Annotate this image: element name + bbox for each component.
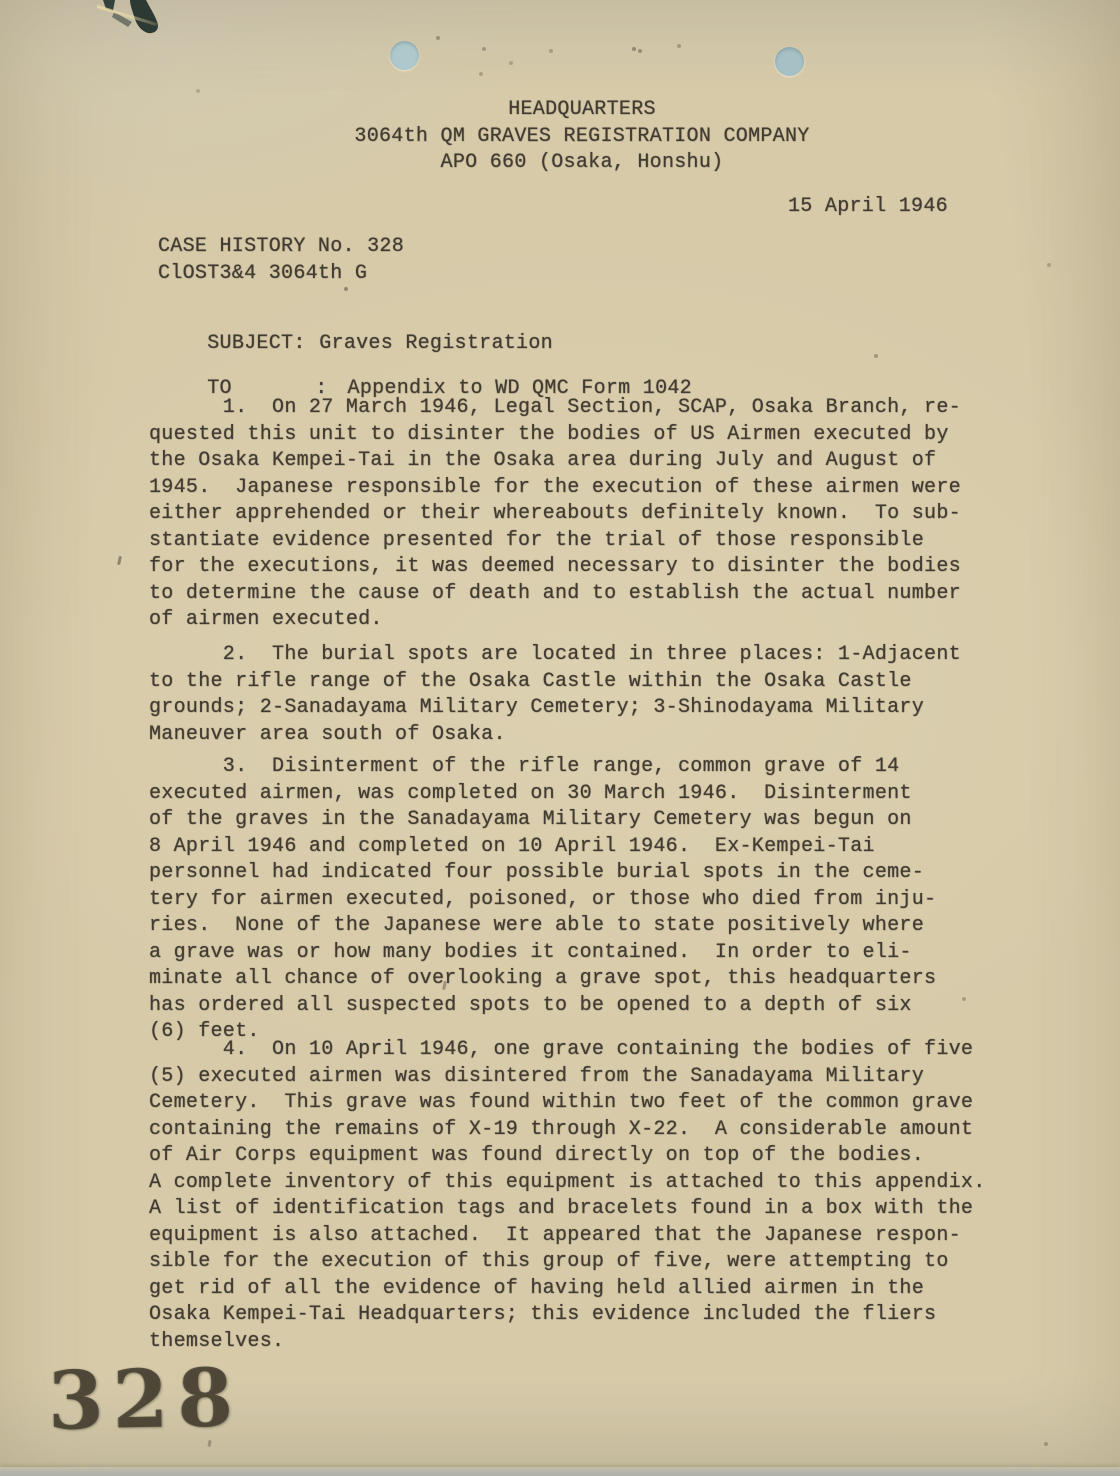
paragraph-1: 1. On 27 March 1946, Legal Section, SCAP…: [149, 395, 961, 634]
paper-specks: [0, 0, 2, 2]
stray-mark-below-stamp: [207, 1440, 211, 1447]
paragraph-3: 3. Disinterment of the rifle range, comm…: [149, 754, 936, 1046]
letterhead: HEADQUARTERS 3064th QM GRAVES REGISTRATI…: [42, 97, 1120, 177]
hole-punch-right: [775, 47, 804, 76]
ink-mark: [70, 0, 180, 46]
case-number-stamp: 328: [47, 1350, 243, 1447]
paragraph-2: 2. The burial spots are located in three…: [149, 642, 961, 748]
stray-mark-left-margin: [117, 556, 122, 565]
case-reference-block: CASE HISTORY No. 328 ClOST3&4 3064th G: [158, 234, 404, 287]
document-page: HEADQUARTERS 3064th QM GRAVES REGISTRATI…: [0, 0, 1120, 1476]
date-line: 15 April 1946: [788, 194, 948, 221]
hole-punch-left: [390, 41, 419, 70]
page-bottom-edge: [0, 1467, 1120, 1476]
paragraph-4: 4. On 10 April 1946, one grave containin…: [149, 1037, 986, 1355]
